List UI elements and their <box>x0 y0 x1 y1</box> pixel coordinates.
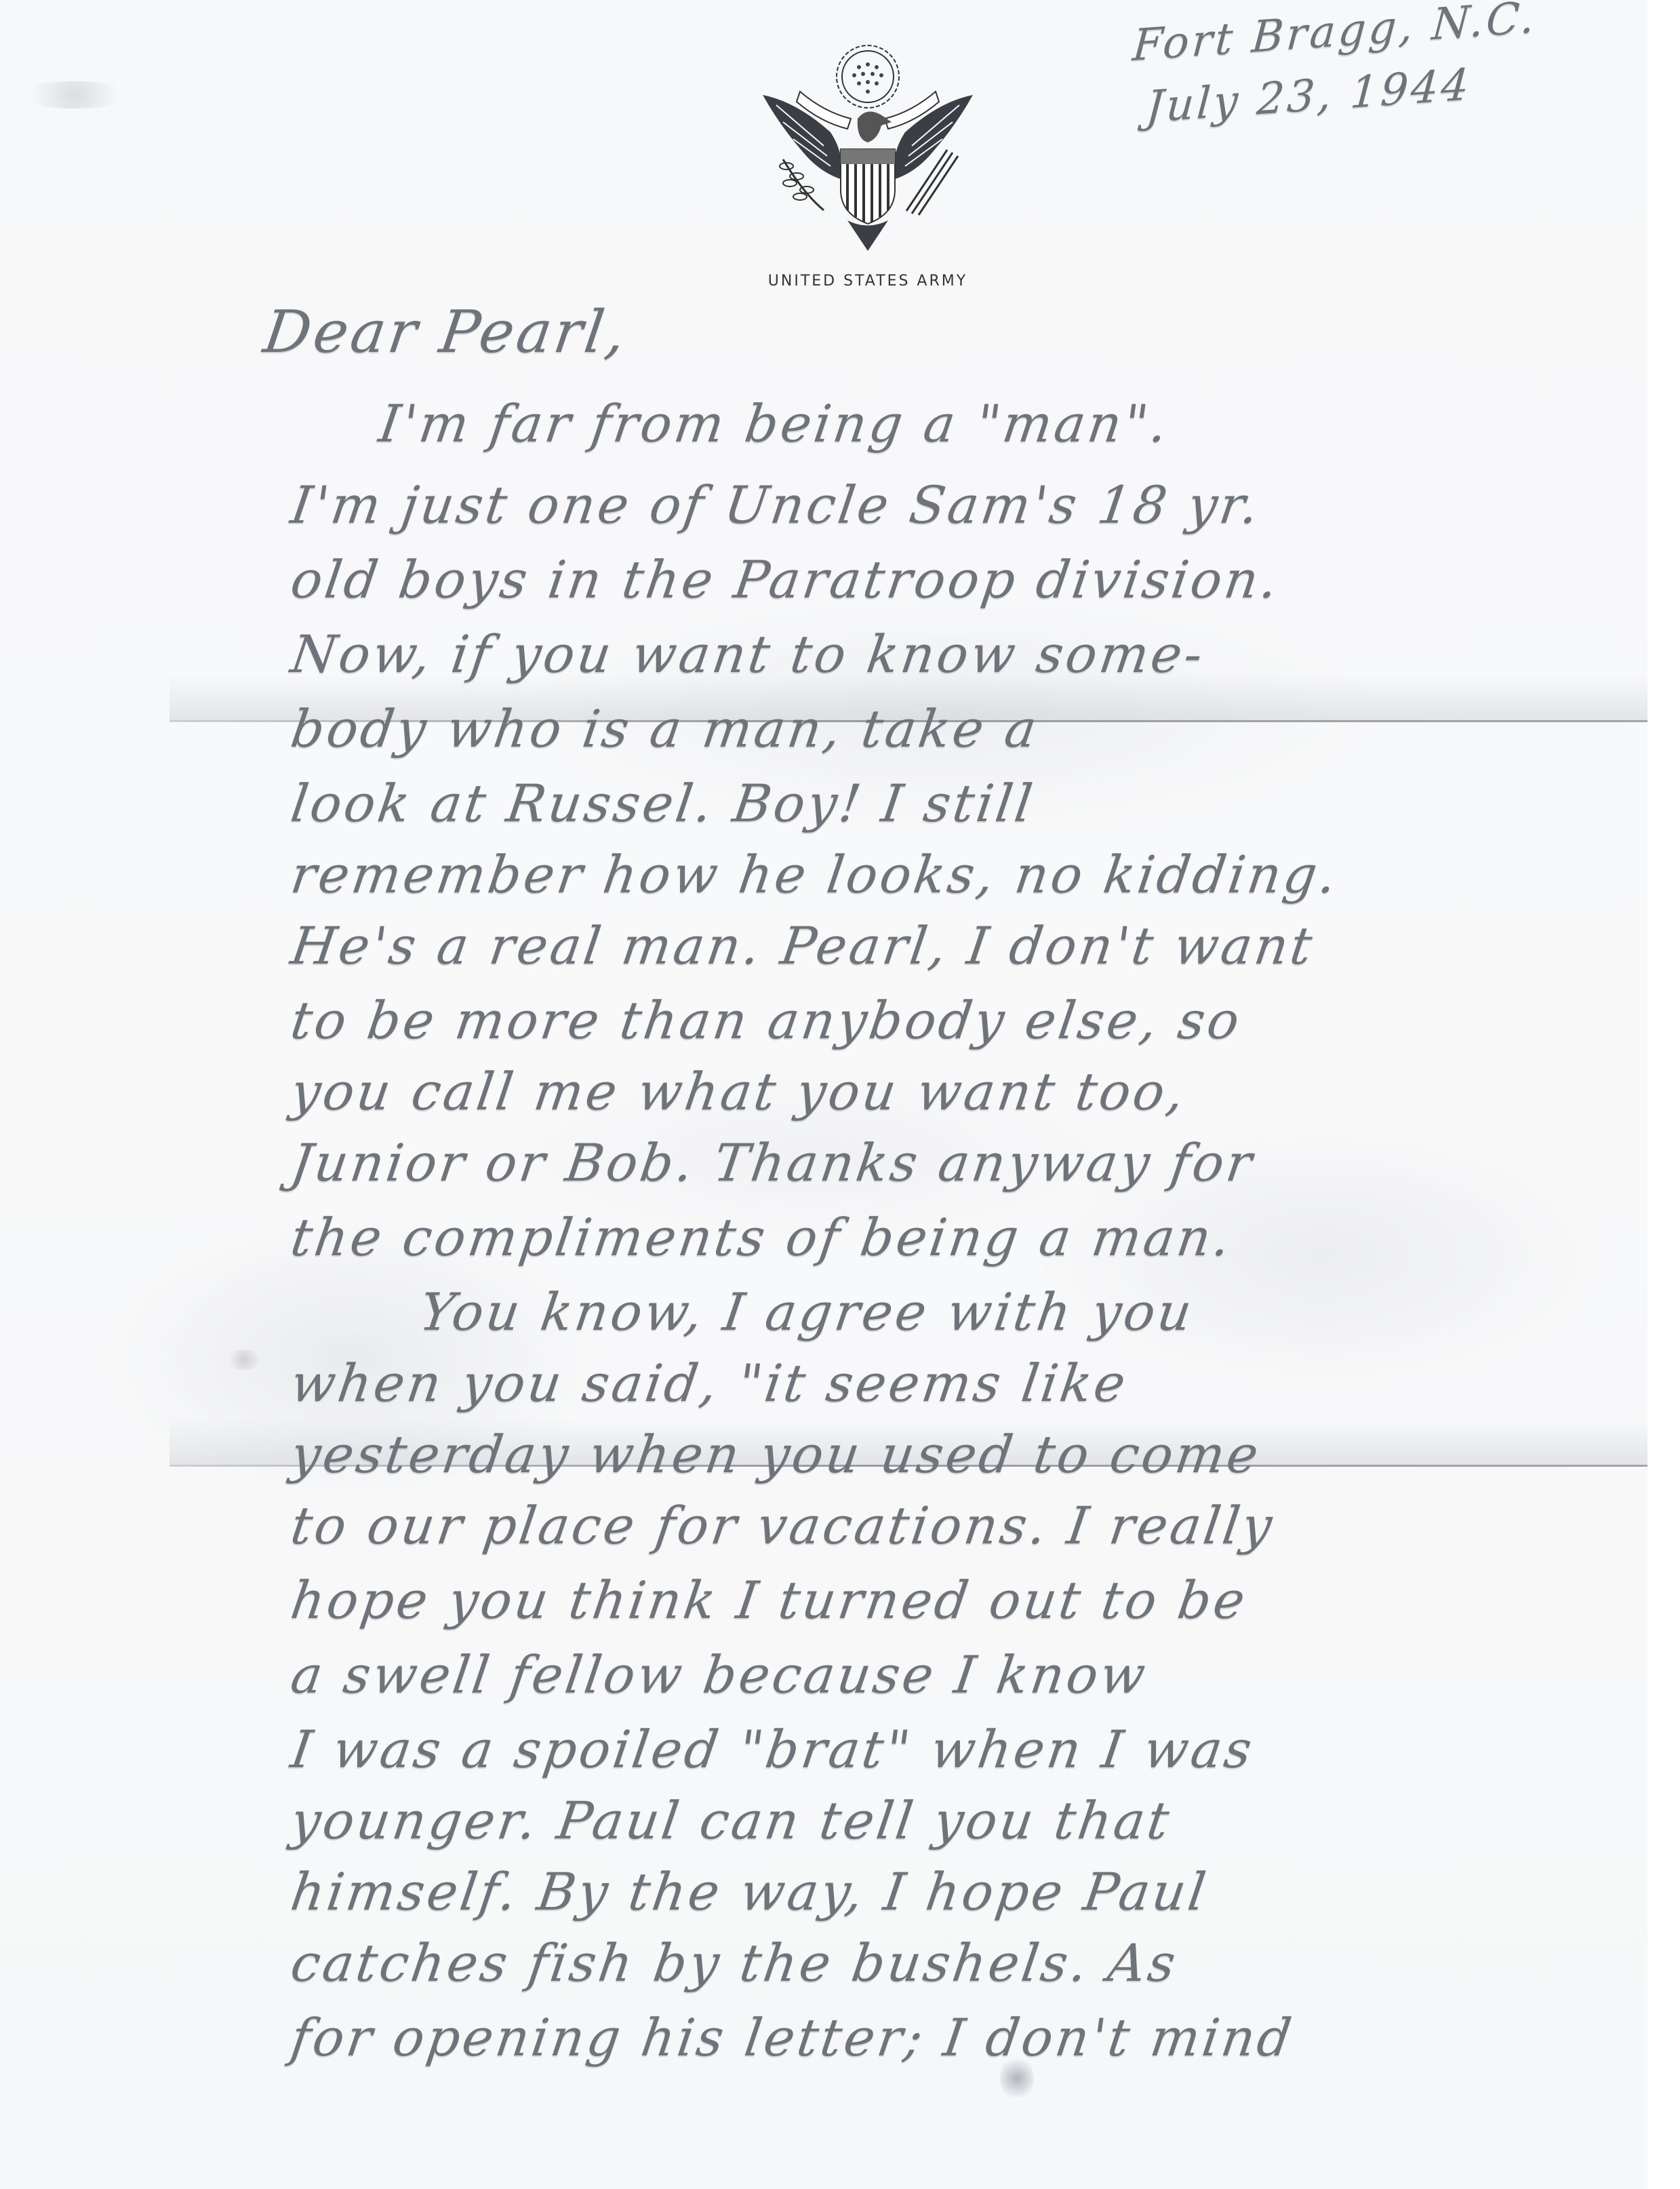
letter-line: for opening his letter; I don't mind <box>287 2007 1298 2068</box>
ink-smudge <box>224 1349 264 1370</box>
letter-line: I was a spoiled "brat" when I was <box>287 1719 1258 1779</box>
letter-line: yesterday when you used to come <box>287 1424 1265 1484</box>
letter-line: hope you think I turned out to be <box>287 1570 1252 1630</box>
letter-line: body who is a man, take a <box>287 698 1043 759</box>
letter-line: to our place for vacations. I really <box>287 1495 1279 1556</box>
scan-margin <box>1647 0 1680 2189</box>
letterhead-title: UNITED STATES ARMY <box>719 273 1017 290</box>
letter-line: Junior or Bob. Thanks anyway for <box>287 1132 1258 1193</box>
letter-line: to be more than anybody else, so <box>287 990 1246 1050</box>
letter-line: He's a real man. Pearl, I don't want <box>287 915 1319 976</box>
letter-line: I'm far from being a "man". <box>376 393 1174 454</box>
letter-line: remember how he looks, no kidding. <box>287 844 1343 905</box>
ink-smudge <box>14 81 136 109</box>
letter-line: I'm just one of Uncle Sam's 18 yr. <box>287 475 1265 535</box>
letter-line: You know, I agree with you <box>416 1282 1198 1342</box>
letter-line: a swell fellow because I know <box>287 1644 1152 1705</box>
letter-line: old boys in the Paratroop division. <box>287 549 1284 610</box>
letter-line: Now, if you want to know some- <box>287 624 1209 684</box>
eagle-seal-icon <box>756 37 980 254</box>
salutation: Dear Pearl, <box>260 298 633 366</box>
letter-line: the compliments of being a man. <box>287 1207 1237 1267</box>
letter-line: when you said, "it seems like <box>287 1353 1132 1413</box>
letter-line: catches fish by the bushels. As <box>287 1933 1182 1993</box>
letter-line: you call me what you want too, <box>287 1061 1191 1122</box>
letter-line: look at Russel. Boy! I still <box>287 773 1039 833</box>
letter-line: himself. By the way, I hope Paul <box>287 1861 1212 1922</box>
letter-line: younger. Paul can tell you that <box>287 1790 1176 1851</box>
